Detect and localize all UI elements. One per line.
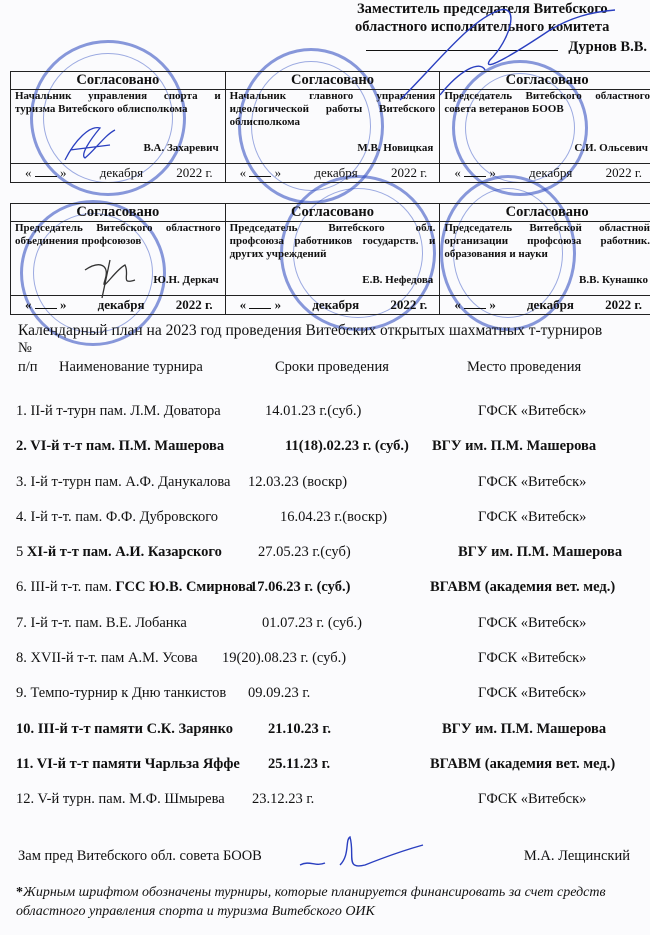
agreement-header: Согласовано bbox=[225, 204, 440, 222]
tournament-place: ВГАВМ (академия вет. мед.) bbox=[430, 747, 615, 782]
tournament-row: 11. VI-й т-т памяти Чарльза Яффе25.11.23… bbox=[0, 747, 650, 782]
tournament-place: ВГАВМ (академия вет. мед.) bbox=[430, 570, 615, 605]
agreement-date: « » декабря 2022 г. bbox=[440, 296, 650, 315]
tournament-name: 4. I-й т-т. пам. Ф.Ф. Дубровского bbox=[16, 500, 218, 535]
agreement-date: « » декабря 2022 г. bbox=[11, 296, 226, 315]
agreement-cell: Начальник главного управления идеологиче… bbox=[225, 90, 440, 164]
approval-signer: Дурнов В.В. bbox=[568, 38, 647, 56]
tournament-place: ГФСК «Витебск» bbox=[478, 465, 586, 500]
tournament-row: 10. III-й т-т памяти С.К. Зарянко21.10.2… bbox=[0, 712, 650, 747]
tournament-row: 4. I-й т-т. пам. Ф.Ф. Дубровского16.04.2… bbox=[0, 500, 650, 535]
tournament-place: ВГУ им. П.М. Машерова bbox=[432, 429, 596, 464]
tournament-name: 2. VI-й т-т пам. П.М. Машерова bbox=[16, 429, 224, 464]
approval-signature-line: Дурнов В.В. bbox=[355, 36, 647, 56]
tournament-row: 2. VI-й т-т пам. П.М. Машерова11(18).02.… bbox=[0, 429, 650, 464]
agreement-cell: Председатель Витебского обл. профсоюза р… bbox=[225, 222, 440, 296]
tournament-place: ВГУ им. П.М. Машерова bbox=[442, 712, 606, 747]
tournament-list: 1. II-й т-турн пам. Л.М. Доватора14.01.2… bbox=[0, 394, 650, 818]
tournament-place: ГФСК «Витебск» bbox=[478, 606, 586, 641]
agreement-signer: Ю.Н. Деркач bbox=[153, 274, 218, 287]
deputy-title: Зам пред Витебского обл. совета БООВ bbox=[18, 848, 262, 865]
tournament-dates: 11(18).02.23 г. (суб.) bbox=[285, 429, 409, 464]
agreement-signer: Е.В. Нефедова bbox=[362, 274, 433, 287]
agreement-signer: С.И. Ольсевич bbox=[574, 142, 648, 155]
tournament-row: 6. III-й т-т. пам. ГСС Ю.В. Смирнова17.0… bbox=[0, 570, 650, 605]
agreement-cell: Председатель Витебской областной организ… bbox=[440, 222, 650, 296]
agreement-position: Председатель Витебской областной организ… bbox=[444, 222, 650, 261]
tournament-row: 5 XI-й т-т пам. А.И. Казарского27.05.23 … bbox=[0, 535, 650, 570]
tournament-name: 5 XI-й т-т пам. А.И. Казарского bbox=[16, 535, 222, 570]
agreement-position: Председатель Витебского обл. профсоюза р… bbox=[230, 222, 436, 261]
tournament-row: 9. Темпо-турнир к Дню танкистов09.09.23 … bbox=[0, 676, 650, 711]
agreement-header: Согласовано bbox=[440, 204, 650, 222]
deputy-signature-block: Зам пред Витебского обл. совета БООВ М.А… bbox=[18, 848, 630, 865]
tournament-dates: 17.06.23 г. (суб.) bbox=[250, 570, 350, 605]
agreement-cell: Председатель Витебского областного объед… bbox=[11, 222, 226, 296]
tournament-dates: 19(20).08.23 г. (суб.) bbox=[222, 641, 346, 676]
tournament-place: ГФСК «Витебск» bbox=[478, 641, 586, 676]
agreement-table-2: Согласовано Согласовано Согласовано Пред… bbox=[10, 203, 650, 315]
column-header-dates: Сроки проведения bbox=[275, 359, 389, 375]
approval-title-line1: Заместитель председателя Витебского bbox=[355, 0, 647, 18]
column-header-number: № bbox=[18, 340, 32, 356]
agreement-date: « » декабря 2022 г. bbox=[11, 164, 226, 183]
tournament-row: 12. V-й турн. пам. М.Ф. Шмырева23.12.23 … bbox=[0, 782, 650, 817]
tournament-dates: 14.01.23 г.(суб.) bbox=[265, 394, 361, 429]
tournament-name: 1. II-й т-турн пам. Л.М. Доватора bbox=[16, 394, 221, 429]
agreement-signer: М.В. Новицкая bbox=[357, 142, 433, 155]
tournament-dates: 12.03.23 (воскр) bbox=[248, 465, 347, 500]
agreement-signer: В.А. Захаревич bbox=[143, 142, 218, 155]
tournament-name: 3. I-й т-турн пам. А.Ф. Данукалова bbox=[16, 465, 230, 500]
tournament-name: 10. III-й т-т памяти С.К. Зарянко bbox=[16, 712, 233, 747]
tournament-name: 7. I-й т-т. пам. В.Е. Лобанка bbox=[16, 606, 187, 641]
footnote-star: * bbox=[16, 885, 23, 900]
column-header-name: Наименование турнира bbox=[59, 359, 203, 375]
tournament-name: 8. XVII-й т-т. пам А.М. Усова bbox=[16, 641, 198, 676]
tournament-place: ГФСК «Витебск» bbox=[478, 676, 586, 711]
agreement-position: Председатель Витебского областного объед… bbox=[15, 222, 221, 248]
column-header-number-2: п/п bbox=[18, 359, 38, 375]
agreement-date: « » декабря 2022 г. bbox=[225, 164, 440, 183]
footnote-text: Жирным шрифтом обозначены турниры, котор… bbox=[16, 885, 606, 919]
tournament-dates: 21.10.23 г. bbox=[268, 712, 331, 747]
agreement-date: « » декабря 2022 г. bbox=[225, 296, 440, 315]
agreement-position: Начальник управления спорта и туризма Ви… bbox=[15, 90, 221, 116]
footnote: *Жирным шрифтом обозначены турниры, кото… bbox=[16, 883, 646, 921]
deputy-name: М.А. Лещинский bbox=[524, 848, 630, 865]
column-header-place: Место проведения bbox=[467, 359, 581, 375]
tournament-place: ГФСК «Витебск» bbox=[478, 394, 586, 429]
tournament-place: ГФСК «Витебск» bbox=[478, 500, 586, 535]
tournament-place: ГФСК «Витебск» bbox=[478, 782, 586, 817]
tournament-row: 8. XVII-й т-т. пам А.М. Усова19(20).08.2… bbox=[0, 641, 650, 676]
tournament-place: ВГУ им. П.М. Машерова bbox=[458, 535, 622, 570]
agreement-table-1: Согласовано Согласовано Согласовано Нача… bbox=[10, 71, 650, 183]
agreement-signer: В.В. Кунашко bbox=[579, 274, 648, 287]
tournament-name: 12. V-й турн. пам. М.Ф. Шмырева bbox=[16, 782, 225, 817]
tournament-name: 9. Темпо-турнир к Дню танкистов bbox=[16, 676, 226, 711]
agreement-cell: Начальник управления спорта и туризма Ви… bbox=[11, 90, 226, 164]
agreement-header: Согласовано bbox=[440, 72, 650, 90]
plan-title: Календарный план на 2023 год проведения … bbox=[18, 322, 602, 340]
approval-header: Заместитель председателя Витебского обла… bbox=[355, 0, 647, 56]
tournament-row: 1. II-й т-турн пам. Л.М. Доватора14.01.2… bbox=[0, 394, 650, 429]
agreement-header: Согласовано bbox=[11, 204, 226, 222]
agreement-position: Начальник главного управления идеологиче… bbox=[230, 90, 436, 129]
signature-blank bbox=[366, 36, 558, 51]
tournament-dates: 09.09.23 г. bbox=[248, 676, 310, 711]
tournament-row: 7. I-й т-т. пам. В.Е. Лобанка01.07.23 г.… bbox=[0, 606, 650, 641]
agreement-header: Согласовано bbox=[11, 72, 226, 90]
tournament-dates: 23.12.23 г. bbox=[252, 782, 314, 817]
approval-title-line2: областного исполнительного комитета bbox=[355, 18, 647, 36]
tournament-row: 3. I-й т-турн пам. А.Ф. Данукалова12.03.… bbox=[0, 465, 650, 500]
tournament-name: 6. III-й т-т. пам. ГСС Ю.В. Смирнова bbox=[16, 570, 253, 605]
tournament-dates: 16.04.23 г.(воскр) bbox=[280, 500, 387, 535]
agreement-header: Согласовано bbox=[225, 72, 440, 90]
tournament-name: 11. VI-й т-т памяти Чарльза Яффе bbox=[16, 747, 240, 782]
tournament-dates: 27.05.23 г.(суб) bbox=[258, 535, 351, 570]
tournament-dates: 01.07.23 г. (суб.) bbox=[262, 606, 362, 641]
agreement-date: « » декабря 2022 г. bbox=[440, 164, 650, 183]
tournament-dates: 25.11.23 г. bbox=[268, 747, 330, 782]
agreement-cell: Председатель Витебского областного совет… bbox=[440, 90, 650, 164]
agreement-position: Председатель Витебского областного совет… bbox=[444, 90, 650, 116]
